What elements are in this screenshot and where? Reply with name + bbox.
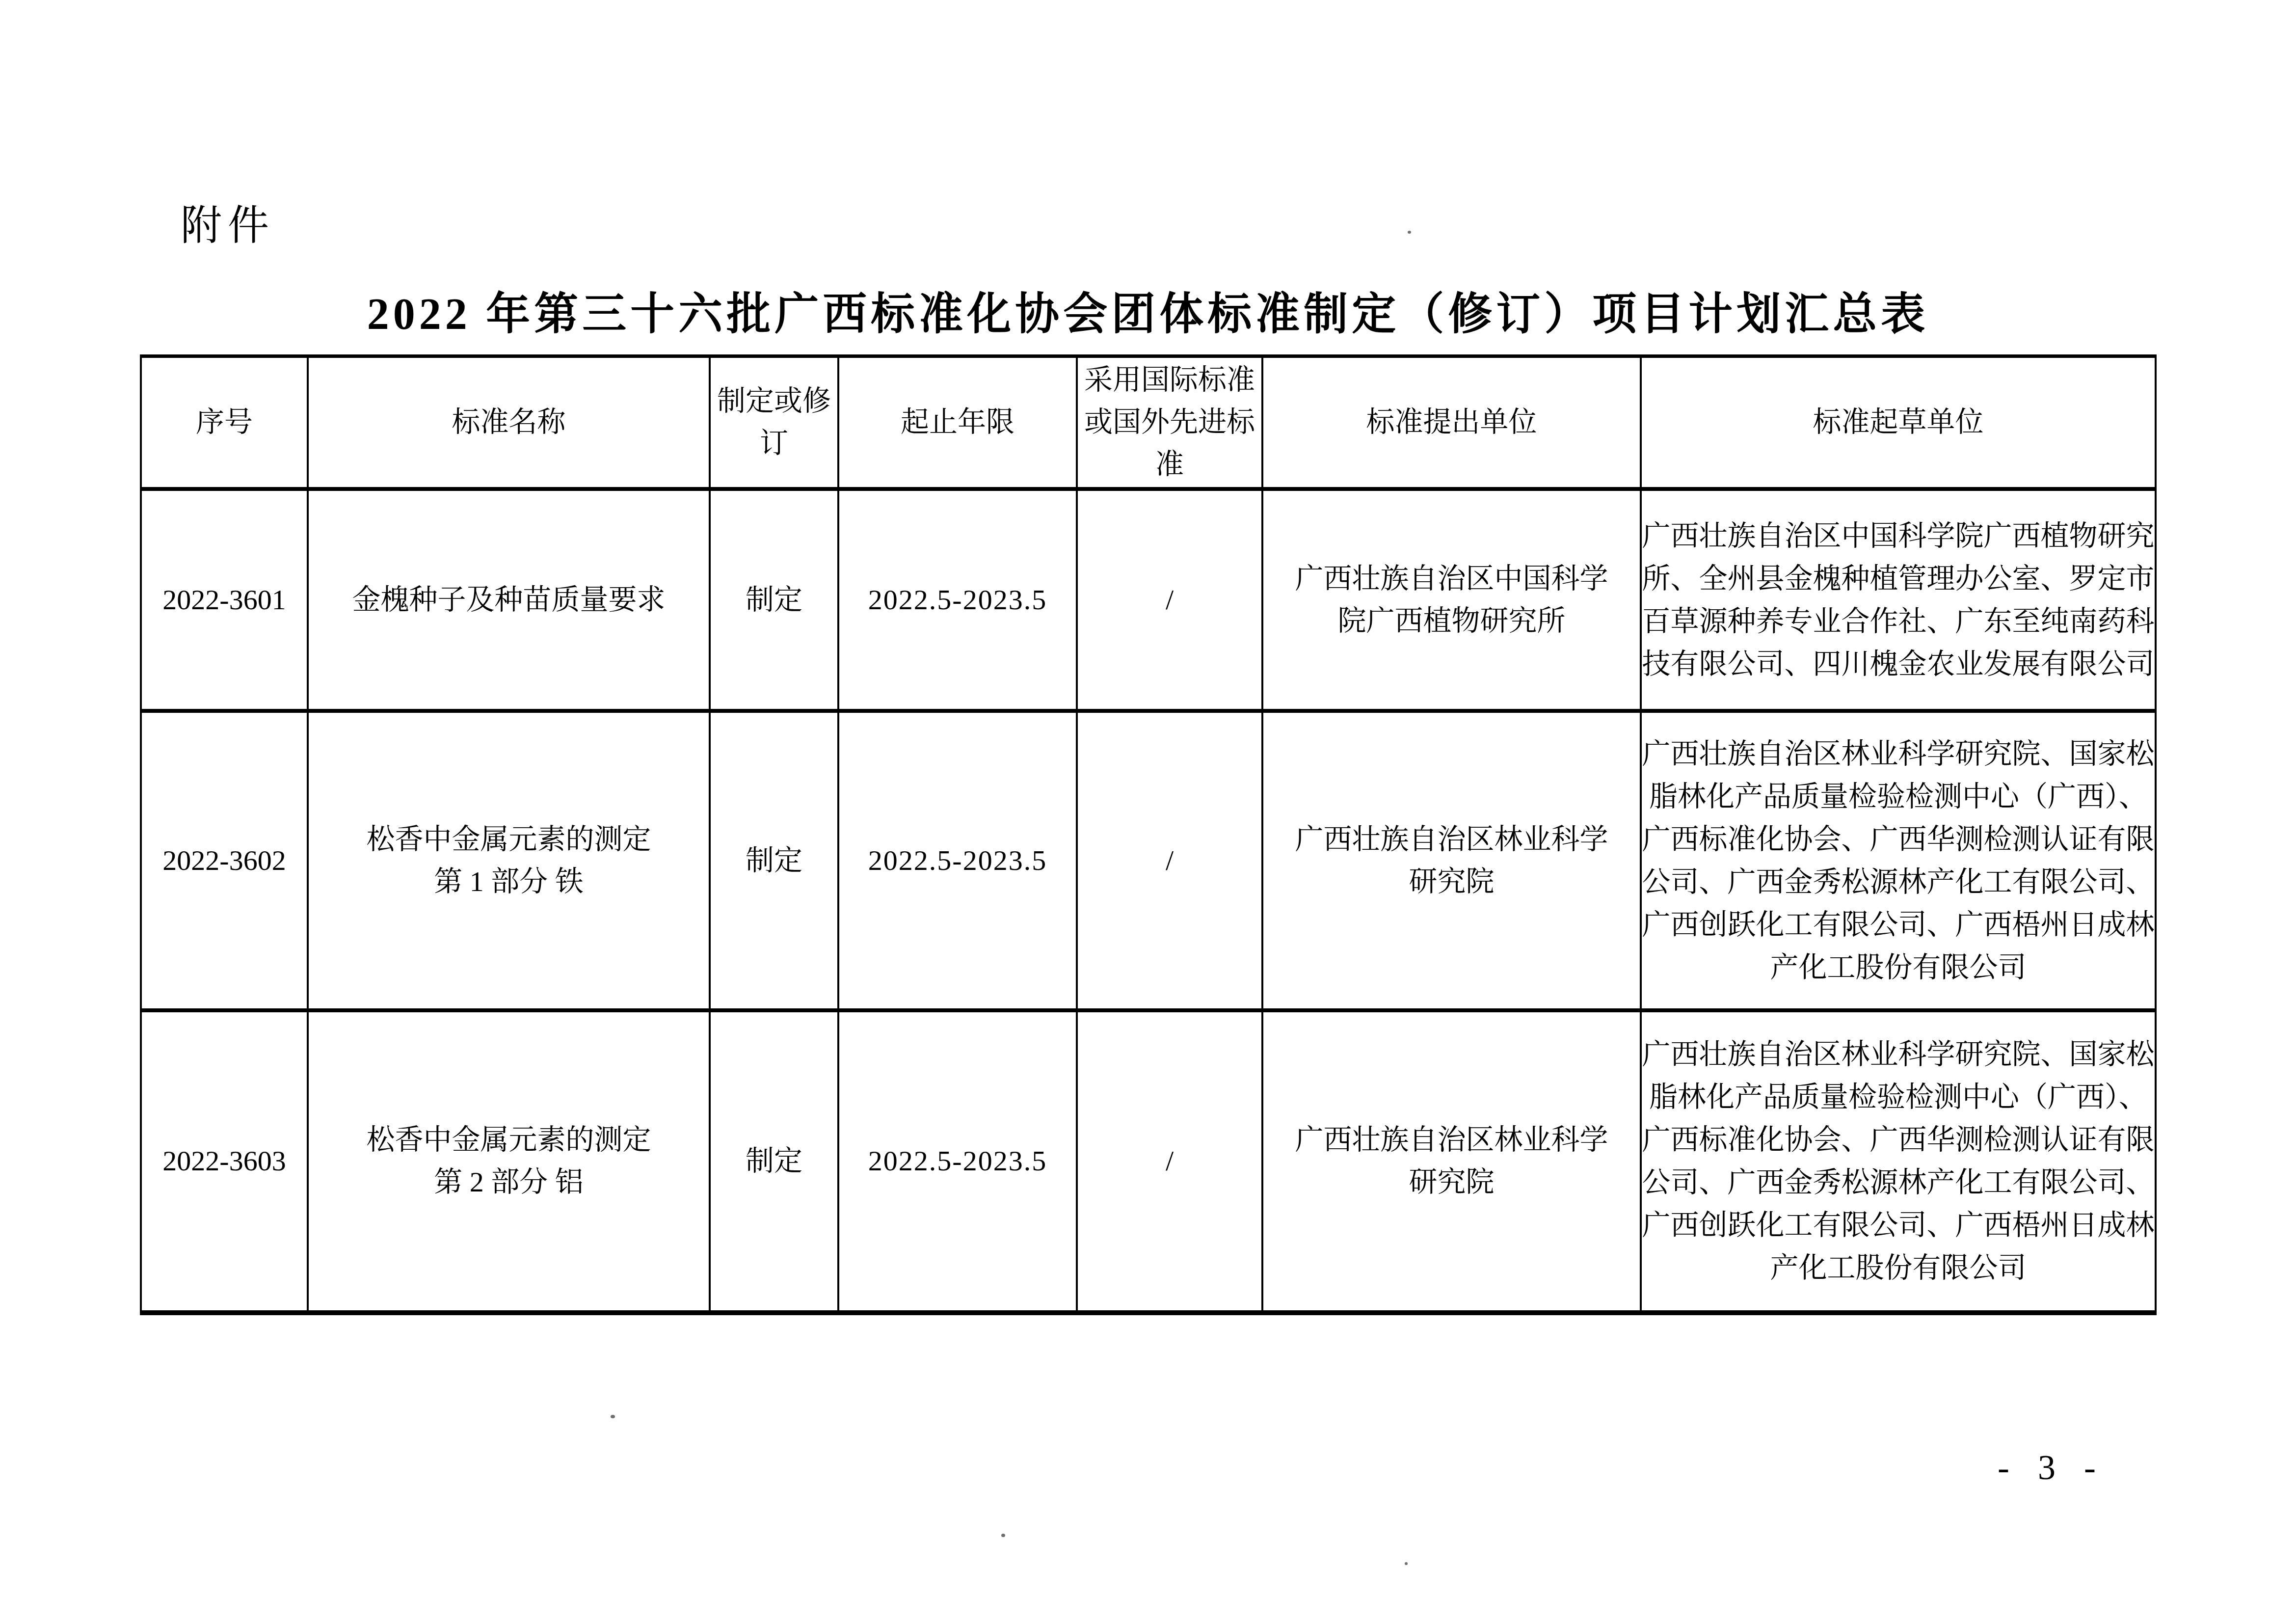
cell-seq: 2022-3601 bbox=[141, 489, 308, 711]
cell-intl-standard: / bbox=[1077, 711, 1262, 1010]
cell-proposer: 广西壮族自治区林业科学 研究院 bbox=[1262, 711, 1641, 1010]
scan-speckle bbox=[1408, 231, 1411, 234]
cell-seq: 2022-3602 bbox=[141, 711, 308, 1010]
col-header-proposer: 标准提出单位 bbox=[1262, 356, 1641, 489]
cell-mode: 制定 bbox=[710, 1010, 838, 1313]
table-row: 2022-3602 松香中金属元素的测定 第 1 部分 铁 制定 2022.5-… bbox=[141, 711, 2156, 1010]
col-header-drafter: 标准起草单位 bbox=[1641, 356, 2156, 489]
col-header-seq: 序号 bbox=[141, 356, 308, 489]
col-header-period: 起止年限 bbox=[838, 356, 1077, 489]
col-header-mode: 制定或修订 bbox=[710, 356, 838, 489]
cell-intl-standard: / bbox=[1077, 489, 1262, 711]
cell-drafter: 广西壮族自治区中国科学院广西植物研究所、全州县金槐种植管理办公室、罗定市百草源种… bbox=[1641, 489, 2156, 711]
cell-proposer: 广西壮族自治区中国科学 院广西植物研究所 bbox=[1262, 489, 1641, 711]
table-row: 2022-3603 松香中金属元素的测定 第 2 部分 铝 制定 2022.5-… bbox=[141, 1010, 2156, 1313]
cell-proposer: 广西壮族自治区林业科学 研究院 bbox=[1262, 1010, 1641, 1313]
cell-period: 2022.5-2023.5 bbox=[838, 489, 1077, 711]
scan-speckle bbox=[611, 1415, 615, 1418]
cell-seq: 2022-3603 bbox=[141, 1010, 308, 1313]
cell-standard-name: 松香中金属元素的测定 第 2 部分 铝 bbox=[308, 1010, 710, 1313]
col-header-name: 标准名称 bbox=[308, 356, 710, 489]
cell-standard-name: 金槐种子及种苗质量要求 bbox=[308, 489, 710, 711]
cell-drafter: 广西壮族自治区林业科学研究院、国家松脂林化产品质量检验检测中心（广西）、广西标准… bbox=[1641, 1010, 2156, 1313]
scan-speckle bbox=[1001, 1534, 1005, 1537]
attachment-label: 附件 bbox=[181, 192, 275, 252]
cell-intl-standard: / bbox=[1077, 1010, 1262, 1313]
scanned-document-page: 附件 2022 年第三十六批广西标准化协会团体标准制定（修订）项目计划汇总表 序… bbox=[0, 0, 2296, 1623]
scan-speckle bbox=[1405, 1562, 1408, 1565]
document-title: 2022 年第三十六批广西标准化协会团体标准制定（修订）项目计划汇总表 bbox=[0, 278, 2296, 342]
table-header-row: 序号 标准名称 制定或修订 起止年限 采用国际标准或国外先进标准 标准提出单位 … bbox=[141, 356, 2156, 489]
cell-period: 2022.5-2023.5 bbox=[838, 1010, 1077, 1313]
cell-standard-name: 松香中金属元素的测定 第 1 部分 铁 bbox=[308, 711, 710, 1010]
table-row: 2022-3601 金槐种子及种苗质量要求 制定 2022.5-2023.5 /… bbox=[141, 489, 2156, 711]
page-number: - 3 - bbox=[1998, 1447, 2106, 1488]
cell-drafter: 广西壮族自治区林业科学研究院、国家松脂林化产品质量检验检测中心（广西）、广西标准… bbox=[1641, 711, 2156, 1010]
cell-period: 2022.5-2023.5 bbox=[838, 711, 1077, 1010]
col-header-intl-standard: 采用国际标准或国外先进标准 bbox=[1077, 356, 1262, 489]
standards-plan-table: 序号 标准名称 制定或修订 起止年限 采用国际标准或国外先进标准 标准提出单位 … bbox=[140, 354, 2157, 1315]
cell-mode: 制定 bbox=[710, 711, 838, 1010]
cell-mode: 制定 bbox=[710, 489, 838, 711]
